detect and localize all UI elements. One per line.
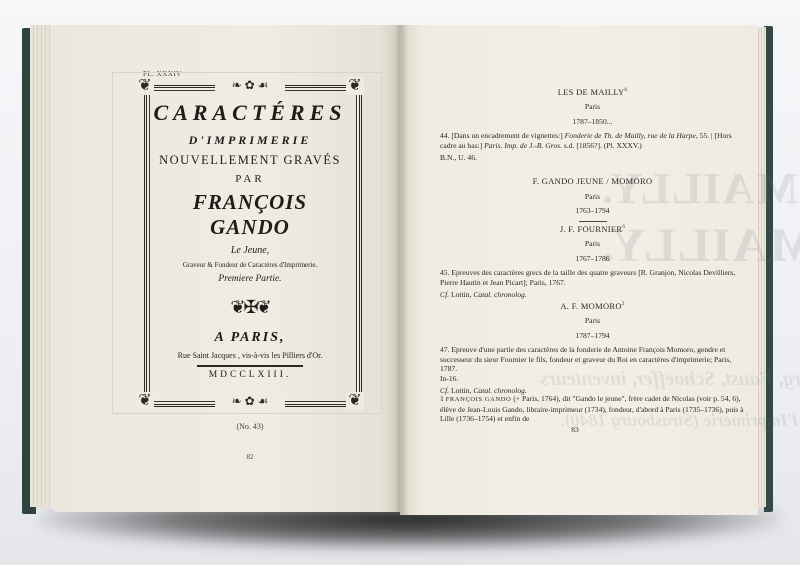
title-line-le-jeune: Le Jeune, <box>150 245 350 256</box>
imprint-rule <box>197 365 303 367</box>
book-gutter <box>394 25 408 515</box>
footnote-ref: 2 <box>622 302 625 307</box>
section-heading: F. GANDO JEUNE / MOMORO <box>440 177 745 187</box>
title-line-graveur: Graveur & Fondeur de Caractéres d'Imprim… <box>150 261 350 269</box>
title-line-author: FRANÇOIS GANDO <box>150 190 350 240</box>
frame-top-crest-icon: ❧ ✿ ☙ <box>215 78 285 92</box>
frame-corner-ornament-icon: ❦ <box>136 77 154 95</box>
title-line-caracteres: CARACTÉRES <box>150 100 350 126</box>
section-fournier: J. F. FOURNIER6 Paris 1767–1786 45. Epre… <box>440 223 745 300</box>
section-heading: A. F. MOMORO <box>560 301 622 311</box>
cf-reference: Cf. Lottin, Catal. chronolog. <box>440 290 745 300</box>
entry-text: Epreuve d'une partie des caractères de l… <box>440 345 731 373</box>
section-gando-momoro: F. GANDO JEUNE / MOMORO Paris 1763–1794 <box>440 177 745 222</box>
section-place: Paris <box>440 316 745 326</box>
frame-bottom-crest-icon: ❧ ✿ ☙ <box>215 394 285 408</box>
section-de-mailly: LES DE MAILLY6 Paris 1787–1850... 44. [D… <box>440 86 745 163</box>
frame-corner-ornament-icon: ❦ <box>136 392 154 410</box>
section-separator <box>579 221 607 222</box>
section-heading: J. F. FOURNIER <box>560 224 623 234</box>
footnote-ref: 6 <box>622 225 625 230</box>
footnote-marker: 1 <box>440 394 444 403</box>
section-momoro: A. F. MOMORO2 Paris 1787–1794 47. Epreuv… <box>440 300 745 396</box>
section-dates: 1787–1850... <box>440 117 745 127</box>
footnote: 1 FRANÇOIS GANDO (+ Paris, 1764), dit "G… <box>440 394 745 424</box>
title-line-nouvellement: NOUVELLEMENT GRAVÉS <box>150 153 350 168</box>
title-line-par: PAR <box>150 173 350 185</box>
fleuron-ornament-icon: ❦✠❦ <box>150 298 350 316</box>
imprint-year: MDCCLXIII. <box>150 370 350 380</box>
entry-number: 44. <box>440 131 450 140</box>
section-place: Paris <box>440 192 745 202</box>
title-page-content: CARACTÉRES D'IMPRIMERIE NOUVELLEMENT GRA… <box>150 98 350 380</box>
footnote-name: FRANÇOIS GANDO <box>446 396 512 403</box>
entry-text-italic: Fonderie de Th. de Mailly, rue de la Har… <box>565 131 696 140</box>
section-dates: 1787–1794 <box>440 331 745 341</box>
entry-number: 47. <box>440 345 450 354</box>
frame-corner-ornament-icon: ❦ <box>346 77 364 95</box>
title-line-premiere-partie: Premiere Partie. <box>150 274 350 284</box>
section-dates: 1763–1794 <box>440 206 745 216</box>
section-dates: 1767–1786 <box>440 254 745 264</box>
page-number-right: 83 <box>560 425 590 434</box>
entry-text: [Dans un encadrement de vignettes:] <box>451 131 564 140</box>
imprint-address: Rue Saint Jacques , vis-à-vis les Pillie… <box>150 351 350 360</box>
section-place: Paris <box>440 102 745 112</box>
frame-corner-ornament-icon: ❦ <box>346 392 364 410</box>
catalogue-entry: 44. [Dans un encadrement de vignettes:] … <box>440 131 745 150</box>
footnote-ref: 6 <box>624 88 627 93</box>
catalogue-entry: 45. Epreuves des caractères grecs de la … <box>440 268 745 287</box>
title-line-imprimerie: D'IMPRIMERIE <box>150 133 350 148</box>
section-heading: LES DE MAILLY <box>558 87 625 97</box>
entry-format: In-16. <box>440 374 745 384</box>
section-place: Paris <box>440 239 745 249</box>
entry-text: Epreuves des caractères grecs de la tail… <box>440 268 735 287</box>
entry-text: s.d. [1856?]. (Pl. XXXV.) <box>562 141 642 150</box>
entry-text-italic: Paris. Imp. de J.-B. Gros. <box>484 141 562 150</box>
entry-note: B.N., U. 46. <box>440 153 745 163</box>
entry-number: 45. <box>440 268 450 277</box>
catalogue-entry: 47. Epreuve d'une partie des caractères … <box>440 345 745 374</box>
imprint-city: A PARIS, <box>150 330 350 346</box>
page-number-left: 82 <box>230 453 270 461</box>
plate-number: (No. 43) <box>220 422 280 431</box>
